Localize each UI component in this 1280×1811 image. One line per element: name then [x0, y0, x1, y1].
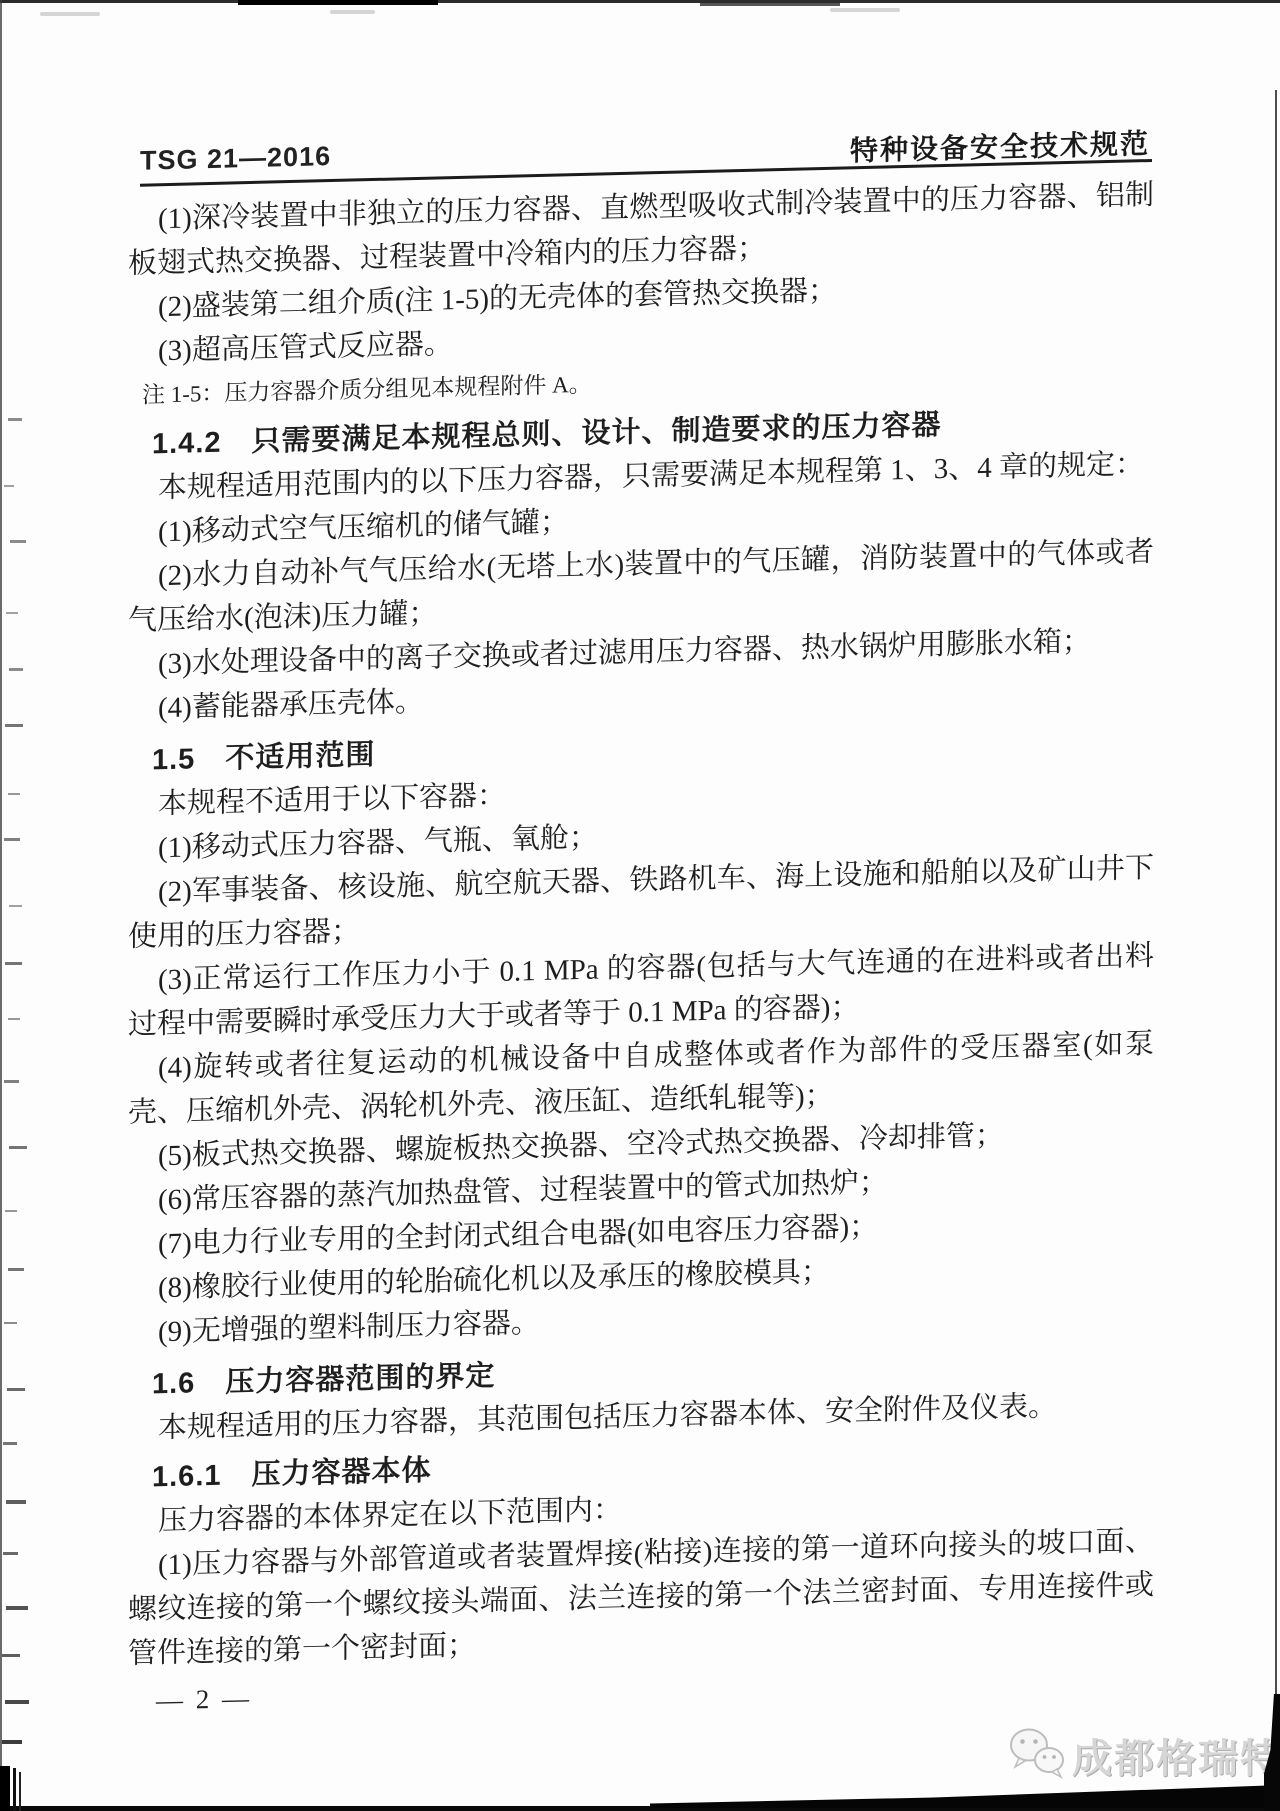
- scan-binding-mark: [5, 1700, 29, 1704]
- scan-binding-mark: [4, 1322, 17, 1324]
- scan-binding-mark: [5, 1210, 17, 1212]
- scan-binding-mark: [0, 1766, 10, 1811]
- scan-binding-mark: [6, 612, 18, 614]
- watermark-label: 成都格瑞特: [1072, 1727, 1280, 1784]
- scan-binding-mark: [7, 1388, 25, 1391]
- header-doc-code: TSG 21—2016: [140, 141, 331, 177]
- scan-binding-mark: [13, 1768, 16, 1811]
- scan-edge-left: [0, 0, 2, 1811]
- scan-binding-mark: [8, 418, 22, 421]
- scan-binding-mark: [9, 668, 23, 671]
- scan-binding-mark: [4, 485, 14, 487]
- scan-smudge: [830, 8, 900, 12]
- scan-binding-mark: [3, 1552, 18, 1555]
- scanned-content: TSG 21—2016 特种设备安全技术规范 (1)深冷装置中非独立的压力容器、…: [0, 0, 1280, 1811]
- page-number: — 2 —: [156, 1683, 252, 1716]
- scan-binding-mark: [4, 1080, 19, 1083]
- scan-edge-top-segment: [700, 2, 840, 6]
- scan-edge-top: [0, 0, 1280, 3]
- scan-edge-right: [1275, 90, 1277, 1710]
- watermark: 成都格瑞特: [1008, 1726, 1280, 1785]
- scan-edge-top-segment: [238, 0, 438, 5]
- scan-binding-mark: [9, 1146, 27, 1149]
- wechat-icon: [1008, 1726, 1066, 1785]
- document-page: TSG 21—2016 特种设备安全技术规范 (1)深冷装置中非独立的压力容器、…: [0, 0, 1280, 1811]
- document-body: (1)深冷装置中非独立的压力容器、直燃型吸收式制冷装置中的压力容器、铝制板翅式热…: [128, 173, 1154, 1676]
- scan-binding-mark: [5, 962, 22, 965]
- scan-binding-mark: [8, 1018, 20, 1020]
- scan-binding-mark: [8, 1268, 24, 1271]
- scan-smudge: [330, 10, 375, 14]
- scan-binding-mark: [2, 1740, 22, 1744]
- scan-binding-mark: [6, 1500, 26, 1504]
- scan-binding-mark: [8, 793, 20, 795]
- scan-binding-mark: [19, 1772, 21, 1811]
- scan-binding-mark: [4, 838, 20, 841]
- scan-binding-mark: [2, 1654, 20, 1657]
- scan-binding-mark: [9, 905, 22, 907]
- scan-binding-mark: [6, 1606, 28, 1610]
- scan-binding-mark: [3, 1442, 17, 1445]
- scan-binding-mark: [5, 724, 23, 727]
- scan-smudge: [40, 12, 100, 16]
- scan-binding-mark: [10, 540, 26, 543]
